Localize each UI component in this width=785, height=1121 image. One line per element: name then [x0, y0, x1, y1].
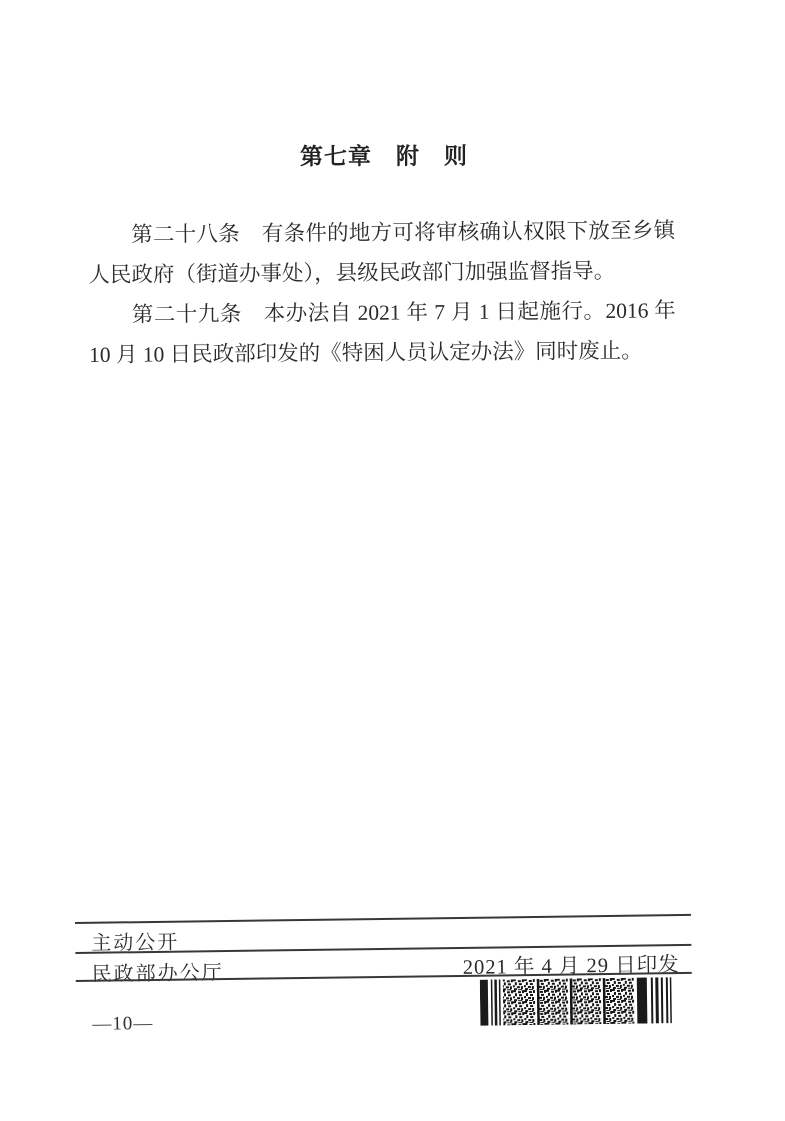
page-number: —10— [92, 1013, 153, 1036]
article-paragraph: 第二十八条 有条件的地方可将审核确认权限下放至乡镇人民政府（街道办事处），县级民… [88, 210, 676, 295]
document-footer: 主动公开 民政部办公厅 2021 年 4 月 29 日印发 [75, 914, 693, 1052]
issuing-office-label: 民政部办公厅 [91, 956, 223, 987]
barcode-image [480, 977, 681, 1026]
document-page: 第七章 附 则 第二十八条 有条件的地方可将审核确认权限下放至乡镇人民政府（街道… [0, 0, 785, 1121]
footer-rule-top [75, 914, 691, 924]
article-body: 第二十八条 有条件的地方可将审核确认权限下放至乡镇人民政府（街道办事处），县级民… [88, 210, 676, 375]
chapter-title: 第七章 附 则 [0, 136, 768, 172]
article-paragraph: 第二十九条 本办法自 2021 年 7 月 1 日起施行。2016 年 10 月… [89, 290, 677, 375]
